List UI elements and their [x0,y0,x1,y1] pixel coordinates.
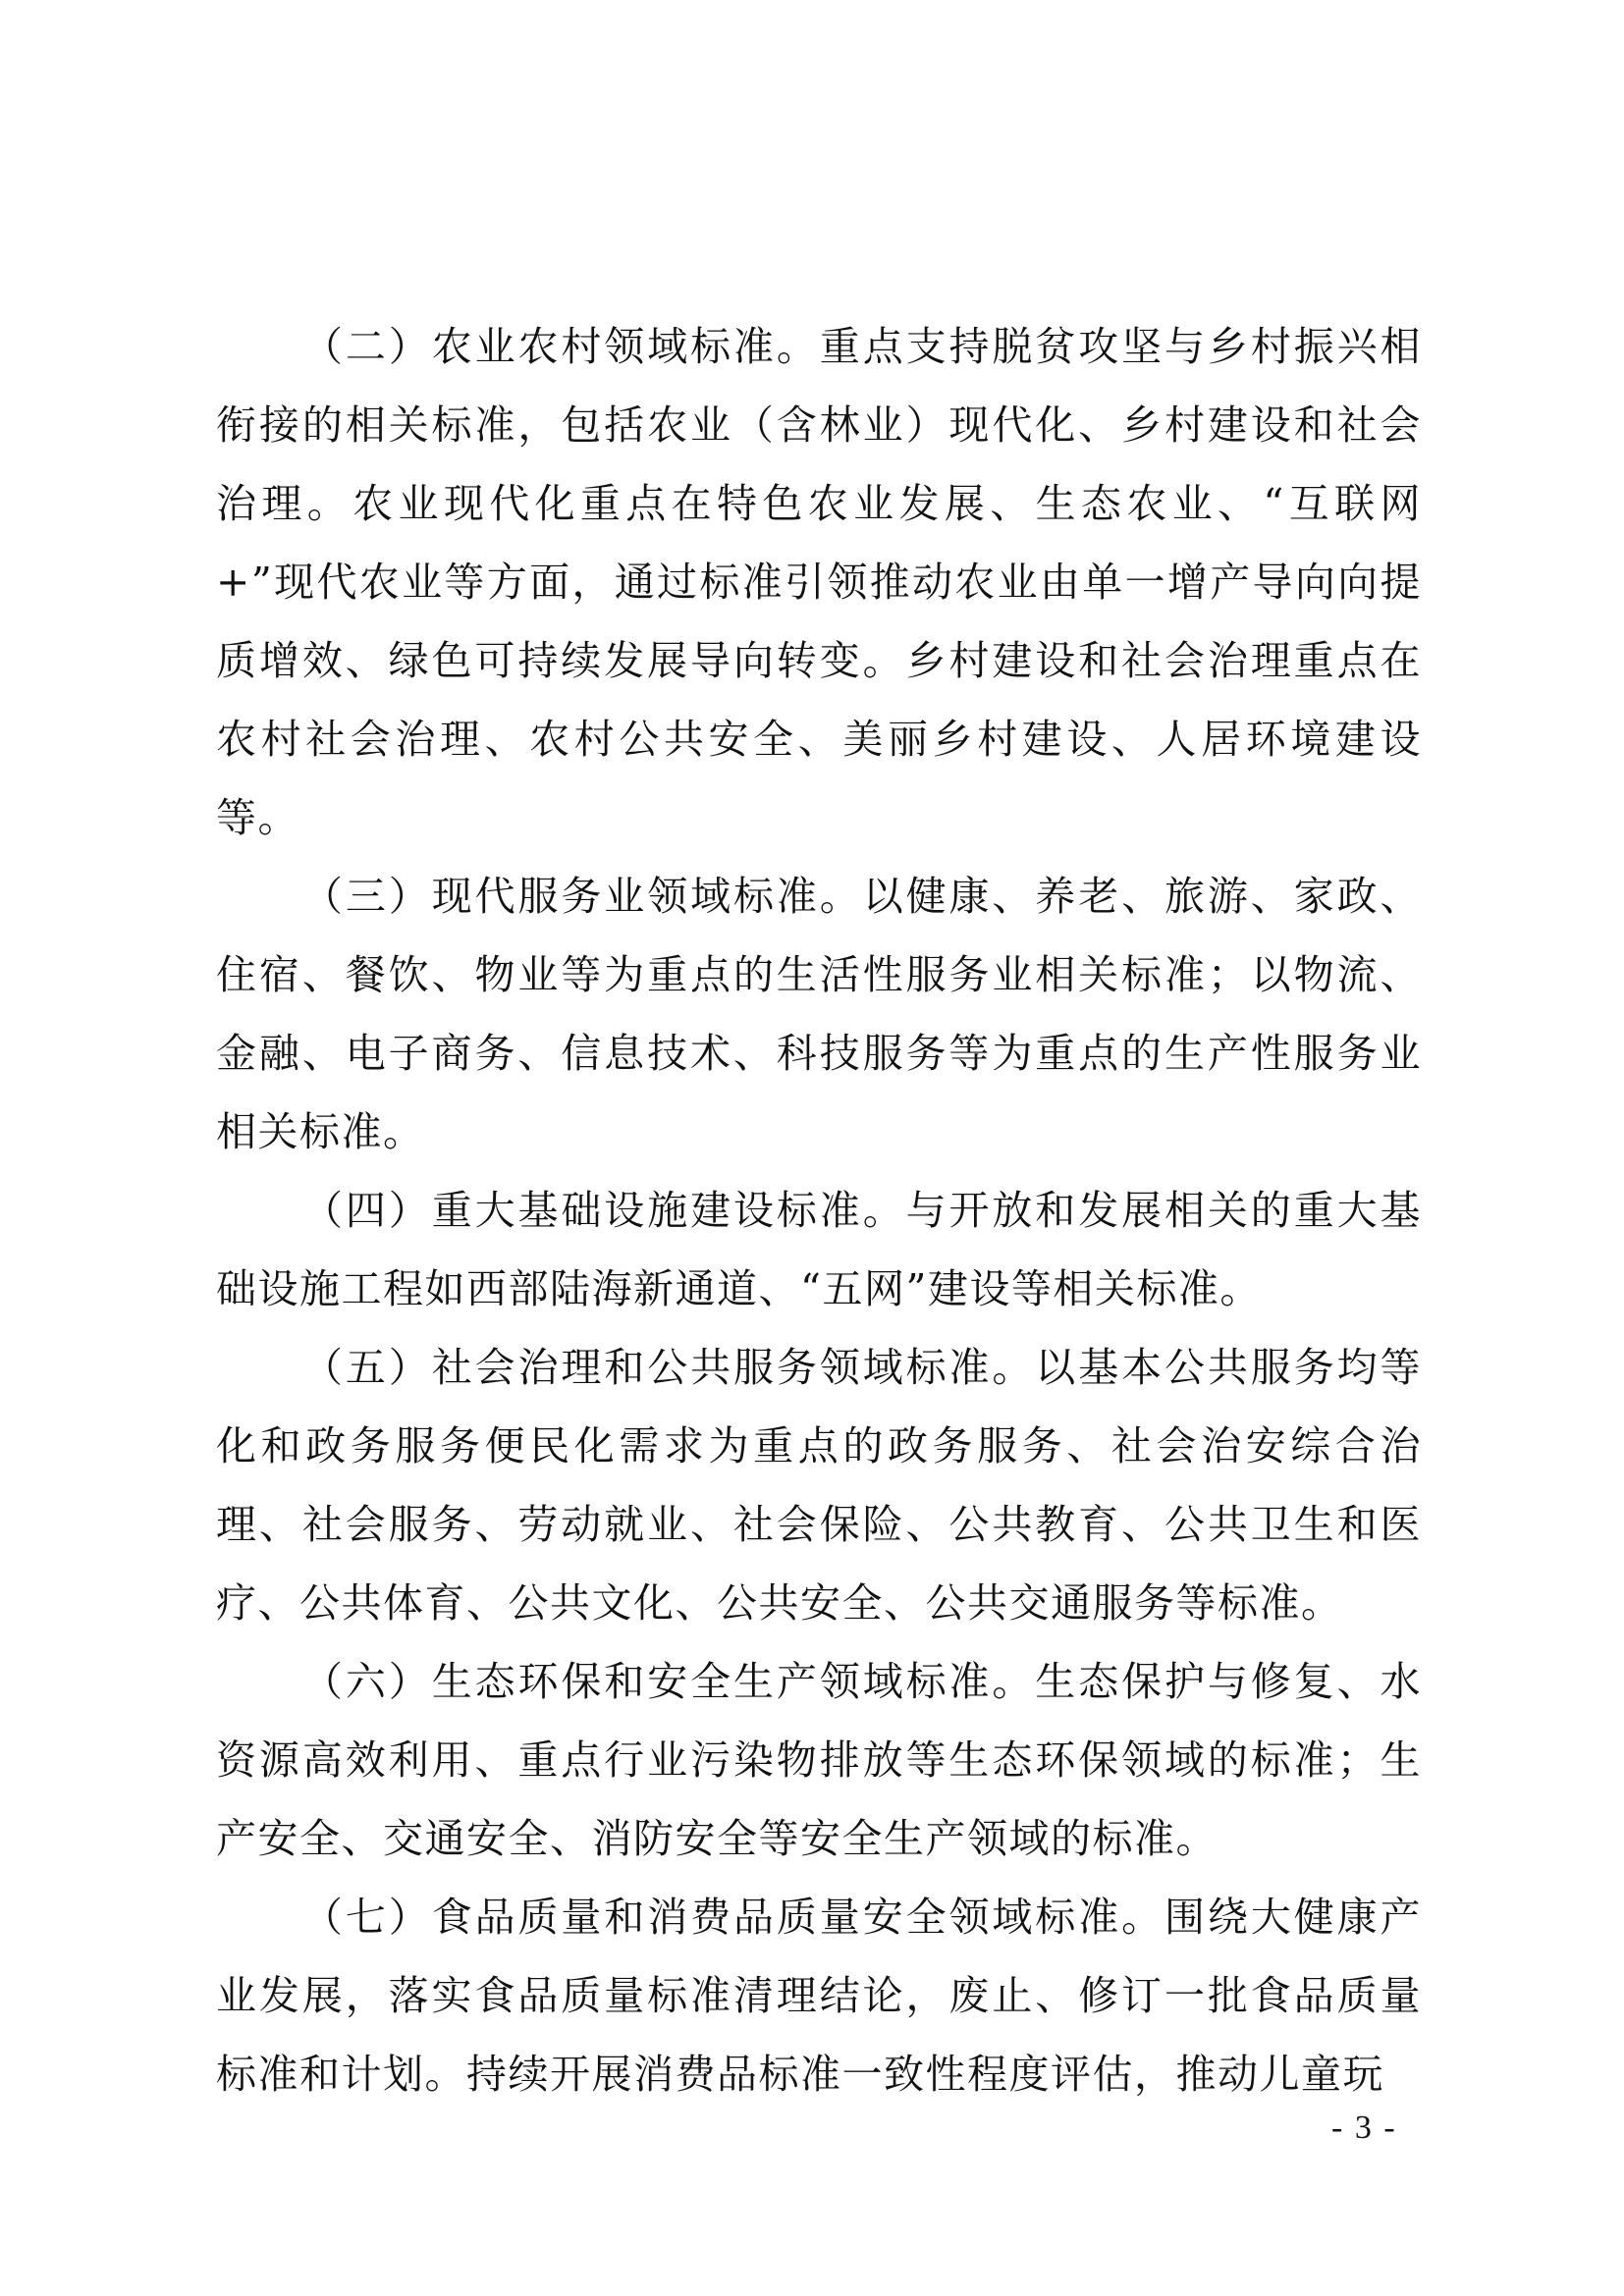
paragraph-social-governance-standards: （五）社会治理和公共服务领域标准。以基本公共服务均等化和政务服务便民化需求为重点… [216,1328,1422,1642]
paragraph-ecology-safety-standards: （六）生态环保和安全生产领域标准。生态保护与修复、水资源高效利用、重点行业污染物… [216,1642,1422,1878]
document-body: （二）农业农村领域标准。重点支持脱贫攻坚与乡村振兴相衔接的相关标准，包括农业（含… [216,307,1422,2113]
paragraph-food-consumer-standards: （七）食品质量和消费品质量安全领域标准。围绕大健康产业发展，落实食品质量标准清理… [216,1878,1422,2113]
page-number: - 3 - [1331,2109,1397,2148]
paragraph-infrastructure-standards: （四）重大基础设施建设标准。与开放和发展相关的重大基础设施工程如西部陆海新通道、… [216,1171,1422,1328]
paragraph-modern-service-standards: （三）现代服务业领域标准。以健康、养老、旅游、家政、住宿、餐饮、物业等为重点的生… [216,857,1422,1171]
paragraph-agriculture-rural-standards: （二）农业农村领域标准。重点支持脱贫攻坚与乡村振兴相衔接的相关标准，包括农业（含… [216,307,1422,857]
